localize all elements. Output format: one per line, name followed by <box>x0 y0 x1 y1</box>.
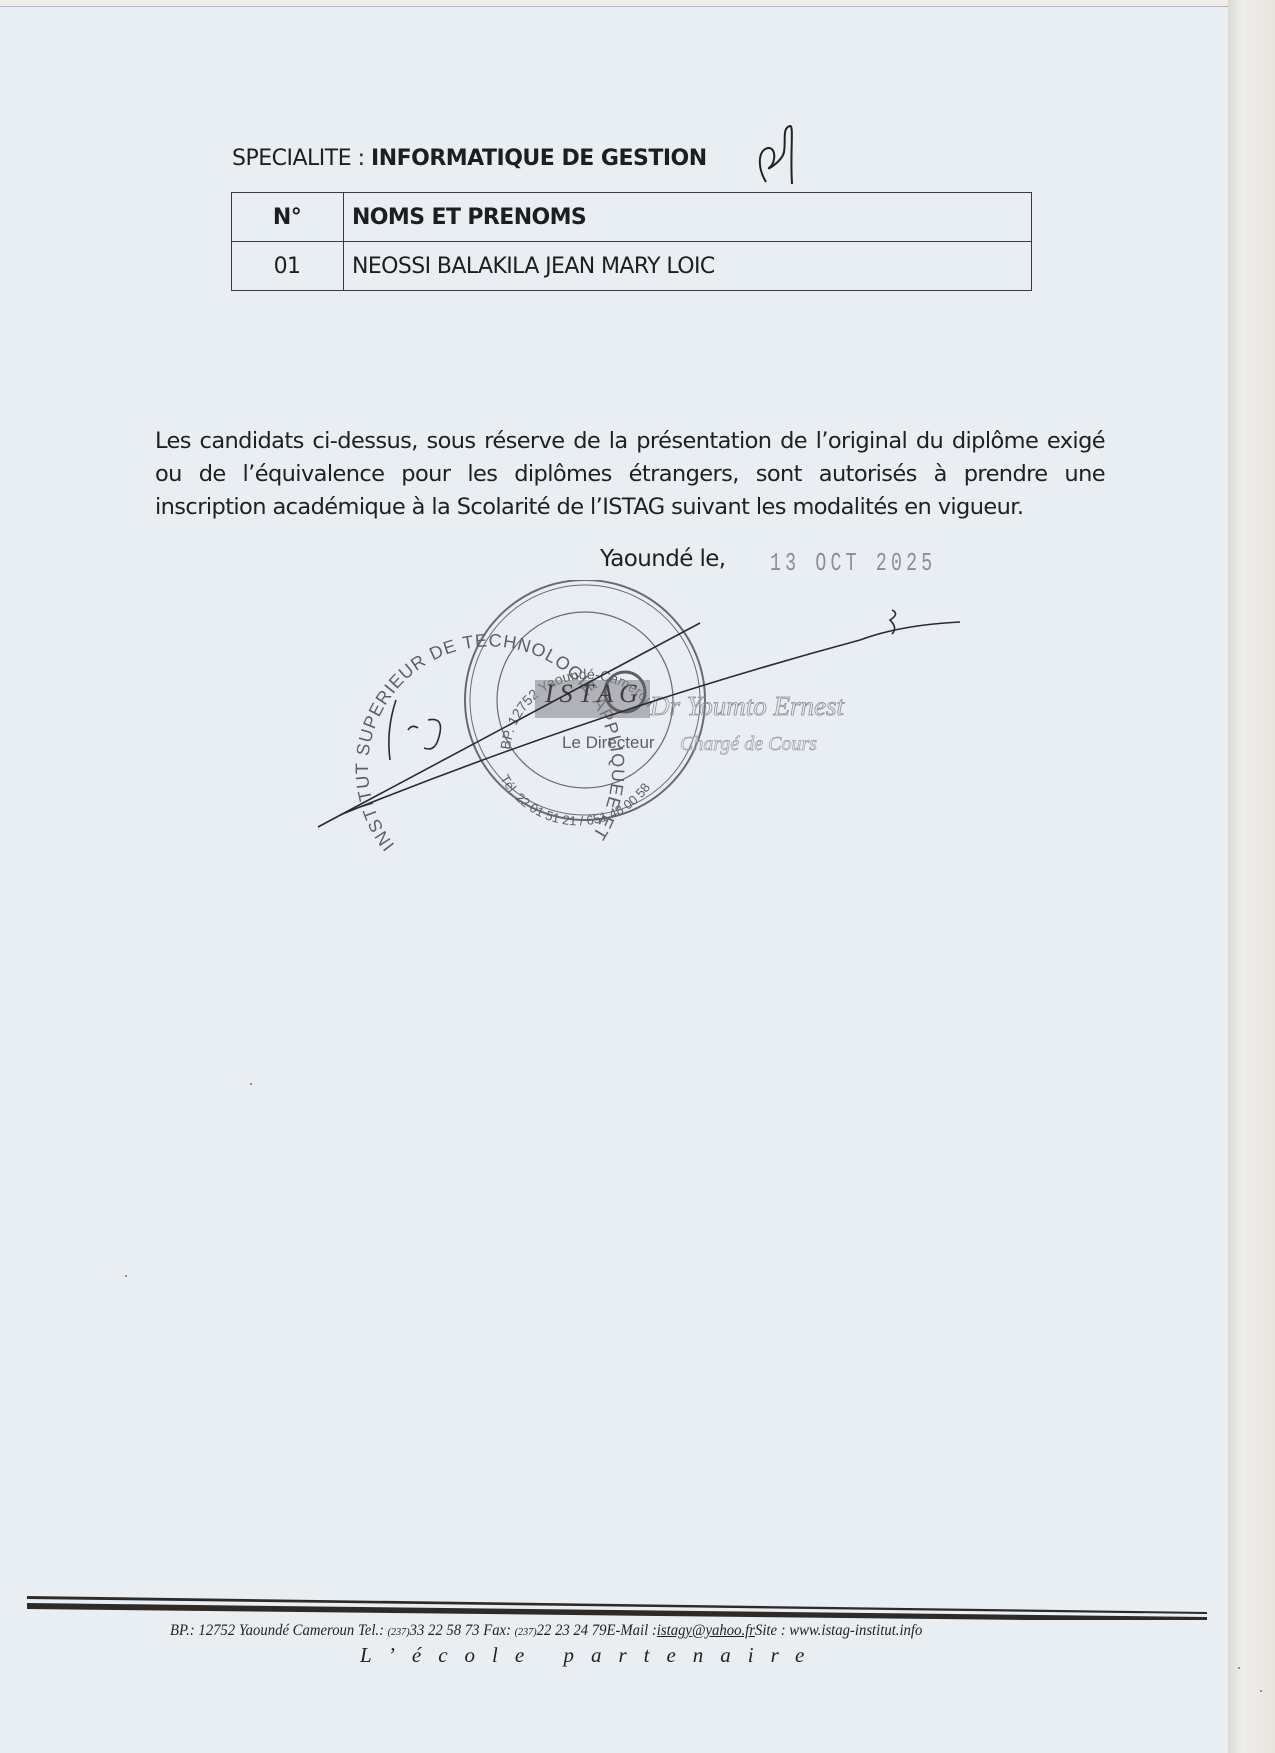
footer-divider <box>27 1596 1207 1620</box>
place-label: Yaoundé le, <box>600 546 726 572</box>
signatory-name: Dr Youmto Ernest <box>649 691 846 721</box>
row-number: 01 <box>232 242 344 291</box>
footer-email-link[interactable]: istagy@yahoo.fr <box>657 1622 755 1639</box>
stamp-phone-text: Tél. 22 01 51 21 / 651 48 00 58 <box>497 772 653 828</box>
table-header-row: N° NOMS ET PRENOMS <box>232 193 1032 242</box>
footer-contact-line: BP.: 12752 Yaoundé Cameroun Tel.: (237)3… <box>170 1622 998 1640</box>
scanner-edge <box>1228 0 1275 1753</box>
specialite-line: SPECIALITE : INFORMATIQUE DE GESTION <box>232 146 707 171</box>
footer-bp: BP.: 12752 Yaoundé Cameroun Tel.: <box>170 1622 388 1639</box>
specialite-value: INFORMATIQUE DE GESTION <box>371 146 707 171</box>
istag-logo-icon: ISTAG <box>535 672 650 718</box>
authorization-paragraph: Les candidats ci-dessus, sous réserve de… <box>155 425 1105 524</box>
footer-fax: 22 23 24 79E-Mail : <box>537 1622 657 1639</box>
signatory-title: Chargé de Cours <box>680 733 817 755</box>
date-stamp: 13 OCT 2025 <box>770 548 936 578</box>
table-row: 01 NEOSSI BALAKILA JEAN MARY LOIC <box>232 242 1032 291</box>
header-names: NOMS ET PRENOMS <box>344 193 1032 242</box>
specialite-label: SPECIALITE : <box>232 146 371 171</box>
svg-text:ISTAG: ISTAG <box>544 679 644 708</box>
header-number: N° <box>232 193 344 242</box>
handwritten-initials <box>752 122 797 192</box>
footer-site[interactable]: Site : www.istag-institut.info <box>755 1622 922 1639</box>
candidates-table: N° NOMS ET PRENOMS 01 NEOSSI BALAKILA JE… <box>231 192 1032 291</box>
footer-phone: 33 22 58 73 Fax: <box>410 1622 515 1639</box>
row-name: NEOSSI BALAKILA JEAN MARY LOIC <box>344 242 1032 291</box>
official-stamp: INSTITUT SUPERIEUR DE TECHNOLOGIE APPLIQ… <box>300 580 980 860</box>
stamp-role: Le Directeur <box>562 733 655 752</box>
footer-tagline: L’école partenaire <box>360 1643 821 1668</box>
